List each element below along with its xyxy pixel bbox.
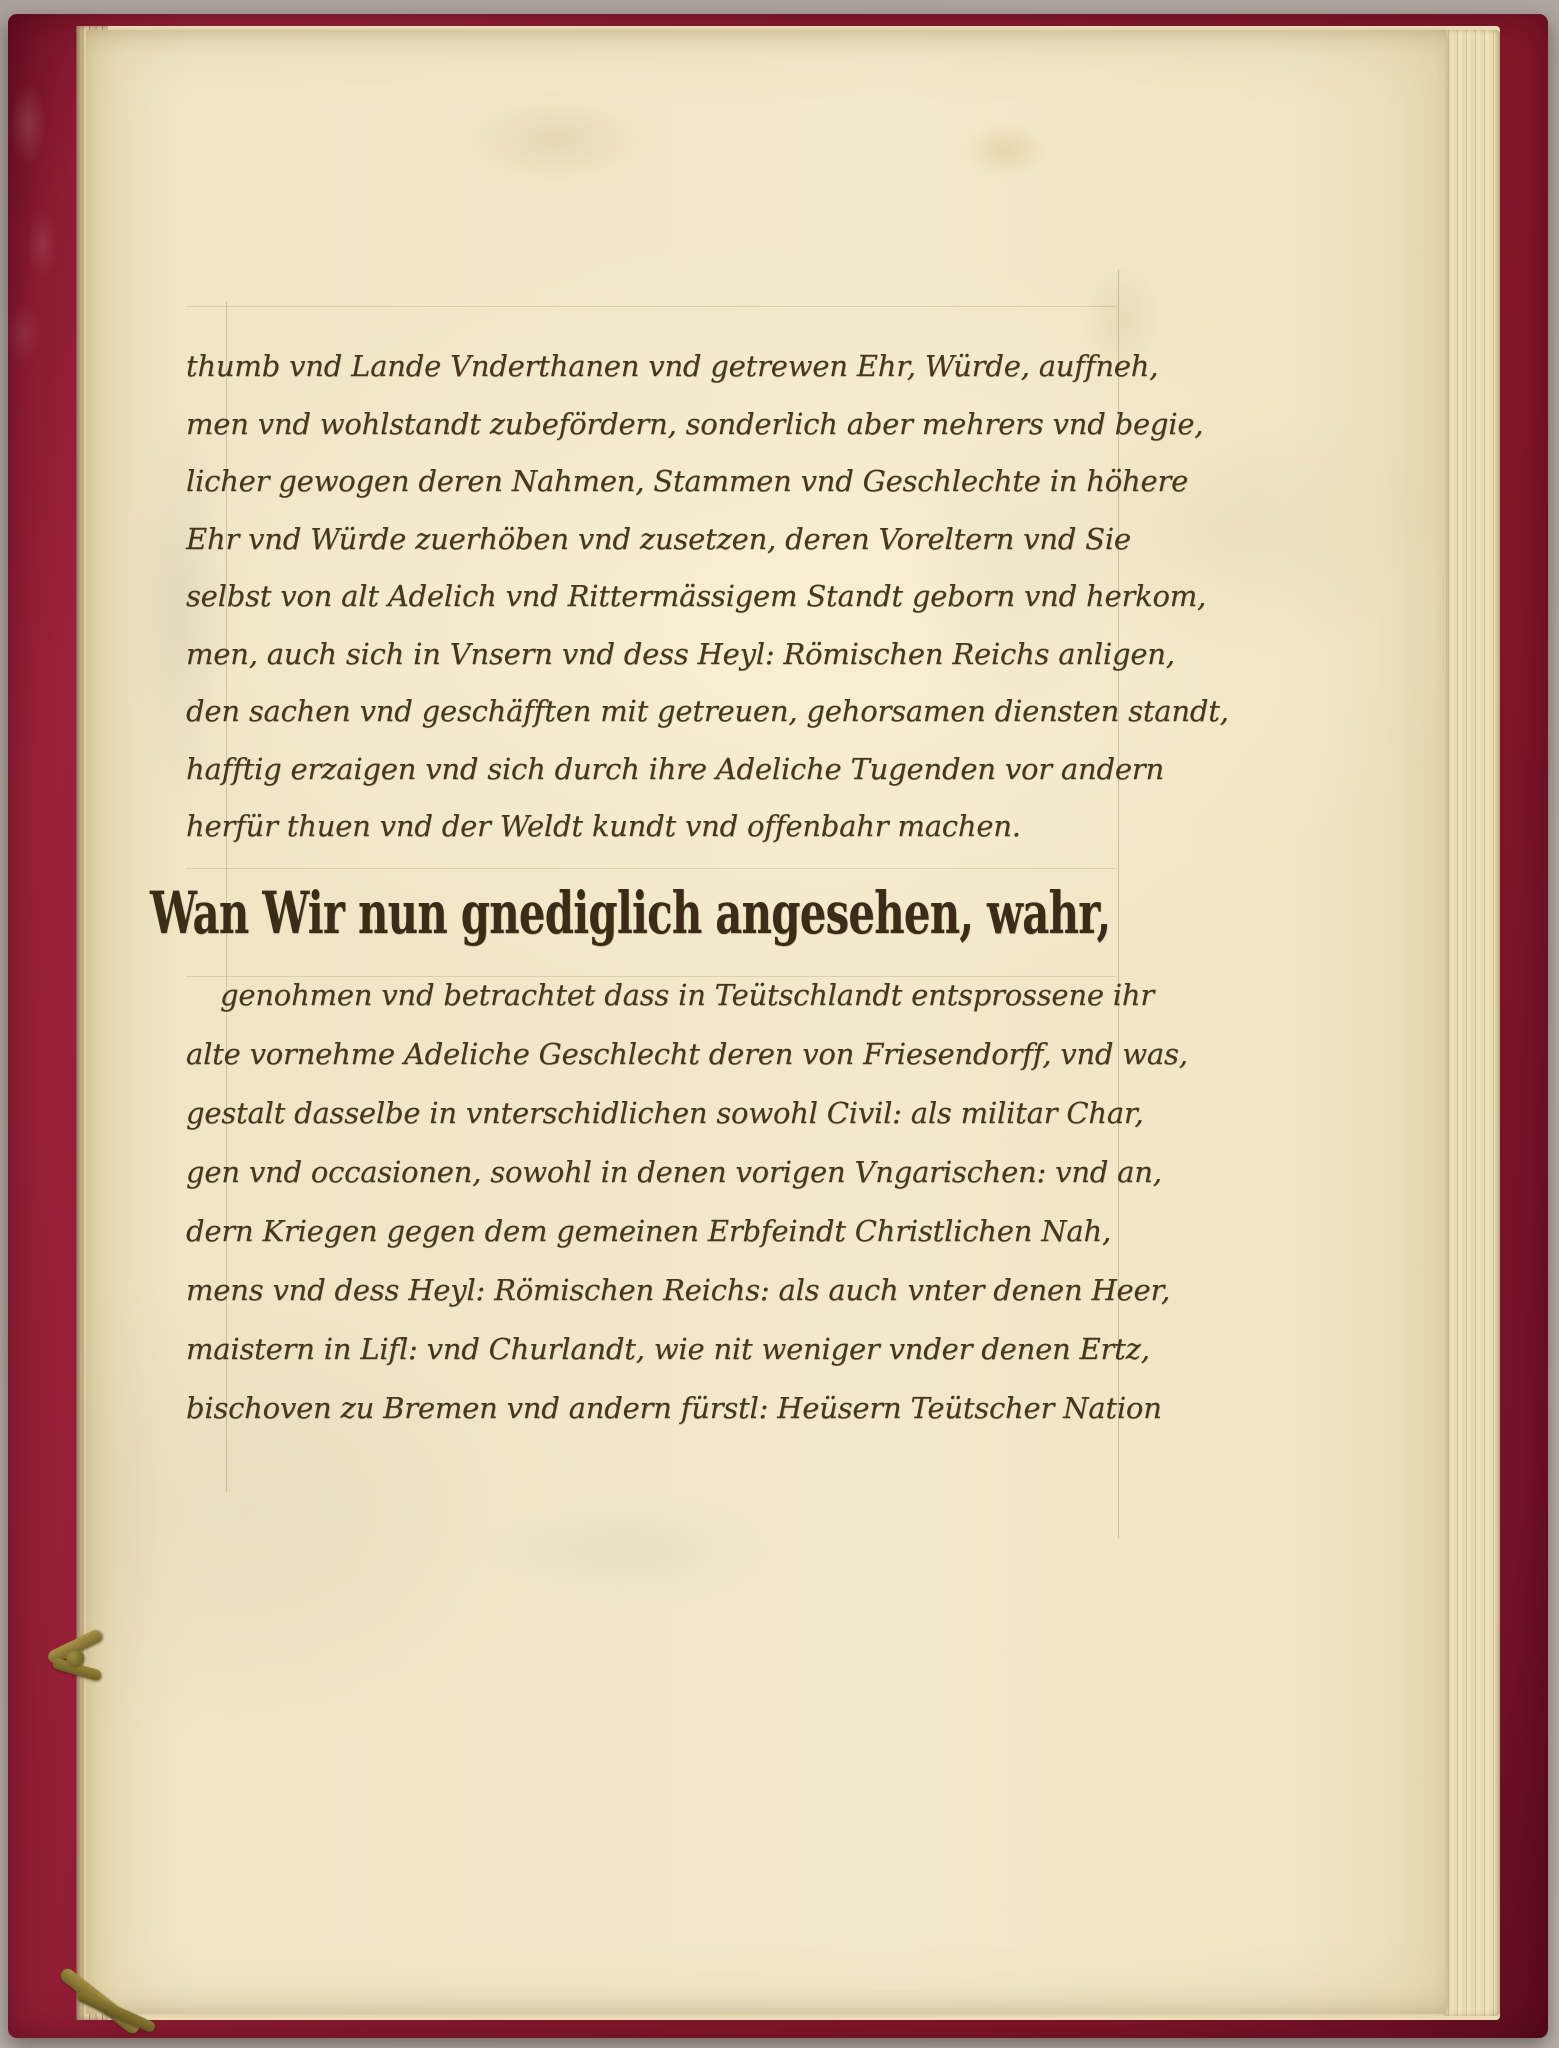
- manuscript-line: herfür thuen vnd der Weldt kundt vnd off…: [186, 798, 1131, 856]
- manuscript-line: licher gewogen deren Nahmen, Stammen vnd…: [186, 453, 1131, 511]
- manuscript-line: maistern in Lifl: vnd Churlandt, wie nit…: [186, 1320, 1131, 1379]
- manuscript-line: men vnd wohlstandt zubefördern, sonderli…: [186, 396, 1131, 454]
- ink-bleed-ghost: [416, 1450, 836, 1650]
- cord-knot: [66, 1650, 84, 1666]
- manuscript-line: mens vnd dess Heyl: Römischen Reichs: al…: [186, 1261, 1131, 1320]
- manuscript-text: thumb vnd Lande Vnderthanen vnd getrewen…: [186, 338, 1131, 1438]
- parchment-page: thumb vnd Lande Vnderthanen vnd getrewen…: [86, 30, 1446, 2014]
- cord-strand: [75, 1989, 156, 2033]
- manuscript-line: gestalt dasselbe in vnterschidlichen sow…: [186, 1084, 1131, 1143]
- manuscript-line: Ehr vnd Würde zuerhöben vnd zusetzen, de…: [186, 511, 1131, 569]
- manuscript-heading-line: Wan Wir nun gnediglich angesehen, wahr,: [150, 862, 856, 964]
- manuscript-line: genohmen vnd betrachtet dass in Teütschl…: [186, 966, 1131, 1025]
- binding-cord-end: [46, 1972, 176, 2048]
- manuscript-line: thumb vnd Lande Vnderthanen vnd getrewen…: [186, 338, 1131, 396]
- binding-cord-tie: [38, 1620, 118, 1712]
- manuscript-line: selbst von alt Adelich vnd Rittermässige…: [186, 568, 1131, 626]
- manuscript-line: gen vnd occasionen, sowohl in denen vori…: [186, 1143, 1131, 1202]
- manuscript-line: dern Kriegen gegen dem gemeinen Erbfeind…: [186, 1202, 1131, 1261]
- manuscript-line: hafftig erzaigen vnd sich durch ihre Ade…: [186, 741, 1131, 799]
- manuscript-line: men, auch sich in Vnsern vnd dess Heyl: …: [186, 626, 1131, 684]
- fore-edge-pages: [1444, 30, 1500, 2016]
- manuscript-line: den sachen vnd geschäfften mit getreuen,…: [186, 683, 1131, 741]
- manuscript-line: alte vornehme Adeliche Geschlecht deren …: [186, 1025, 1131, 1084]
- manuscript-photo: thumb vnd Lande Vnderthanen vnd getrewen…: [0, 0, 1559, 2048]
- manuscript-line: bischoven zu Bremen vnd andern fürstl: H…: [186, 1379, 1131, 1438]
- ruling-line: [186, 306, 1116, 307]
